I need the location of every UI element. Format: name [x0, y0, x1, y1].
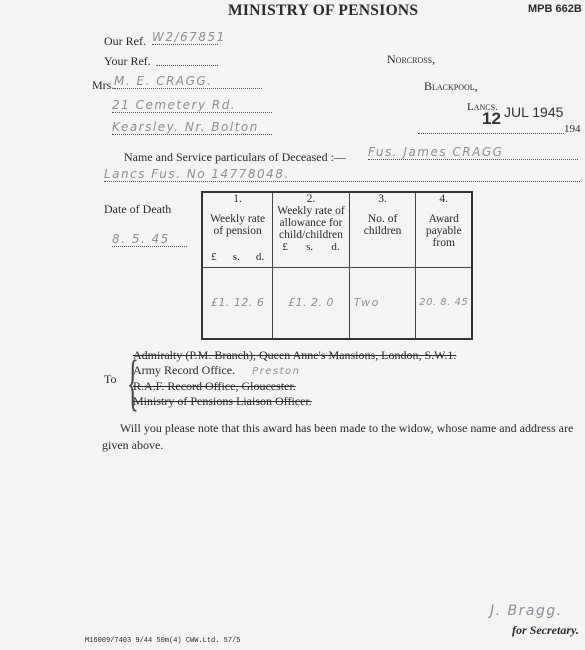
your-ref-label: Your Ref.: [104, 54, 151, 69]
recipient-liaison-officer: Ministry of Pensions Liaison Officer.: [133, 394, 456, 409]
date-of-death-value: 8. 5. 45: [112, 232, 187, 247]
recipient-list: Admiralty (P.M. Branch), Queen Anne's Ma…: [133, 348, 456, 409]
deceased-name: Fus. James CRAGG: [368, 145, 578, 160]
form-number: MPB 662B: [528, 3, 582, 15]
print-code: M16009/7403 9/44 50m(4) CWW.Ltd. 57/5: [85, 637, 240, 645]
recipient-name: M. E. CRAGG.: [114, 74, 262, 89]
column-number: 2.: [273, 193, 349, 205]
column-header-child-allowance: 2. Weekly rate of allowance for child/ch…: [273, 192, 350, 268]
recipient-address-line2: Kearsley. Nr. Bolton: [112, 120, 272, 135]
column-header-pension: 1. Weekly rate of pension £ s. d.: [202, 192, 273, 268]
column-number: 3.: [350, 193, 416, 205]
column-number: 4.: [416, 193, 471, 205]
recipient-army-record-office: Army Record Office. Preston: [133, 363, 456, 379]
office-address-line2: Blackpool,: [424, 79, 478, 94]
date-line: [418, 125, 564, 134]
column-title: Award payable from: [416, 213, 471, 249]
signature-role: for Secretary.: [512, 623, 579, 638]
document-title: MINISTRY OF PENSIONS: [228, 2, 418, 20]
recipient-admiralty: Admiralty (P.M. Branch), Queen Anne's Ma…: [133, 348, 456, 363]
award-table-values-row: £1. 12. 6 £1. 2. 0 Two 20. 8. 45: [202, 268, 472, 340]
date-of-death-label: Date of Death: [104, 202, 171, 217]
column-header-payable-from: 4. Award payable from: [416, 192, 472, 268]
army-record-annotation: Preston: [252, 366, 300, 377]
signature: J. Bragg.: [490, 603, 563, 619]
body-paragraph: Will you please note that this award has…: [102, 420, 580, 454]
award-table-header-row: 1. Weekly rate of pension £ s. d. 2. Wee…: [202, 192, 472, 268]
payable-from-value: 20. 8. 45: [416, 268, 472, 340]
lsd-units: £ s. d.: [273, 241, 349, 253]
column-number: 1.: [203, 193, 272, 205]
to-label: To: [104, 372, 117, 387]
award-table: 1. Weekly rate of pension £ s. d. 2. Wee…: [201, 191, 473, 340]
your-ref-value: [156, 58, 218, 66]
column-header-children: 3. No. of children: [349, 192, 416, 268]
lsd-units: £ s. d.: [203, 251, 272, 263]
salutation: Mrs.: [92, 78, 114, 93]
deceased-service-details: Lancs Fus. No 14778048.: [104, 167, 580, 182]
our-ref-value: W2/67851: [152, 30, 218, 45]
date-year-suffix: 194: [564, 123, 581, 135]
column-title: Weekly rate of allowance for child/child…: [273, 205, 349, 241]
office-address-line1: Norcross,: [387, 52, 435, 67]
our-ref-label: Our Ref.: [104, 34, 146, 49]
children-count-value: Two: [349, 268, 416, 340]
date-stamp-month-year: JUL 1945: [504, 104, 563, 120]
column-title: No. of children: [350, 213, 416, 237]
deceased-label: Name and Service particulars of Deceased…: [124, 150, 346, 165]
recipient-address-line1: 21 Cemetery Rd.: [112, 98, 272, 113]
column-title: Weekly rate of pension: [203, 213, 272, 237]
recipient-raf: R.A.F. Record Office, Gloucester.: [133, 379, 456, 394]
pension-rate-value: £1. 12. 6: [202, 268, 273, 340]
child-allowance-value: £1. 2. 0: [273, 268, 350, 340]
